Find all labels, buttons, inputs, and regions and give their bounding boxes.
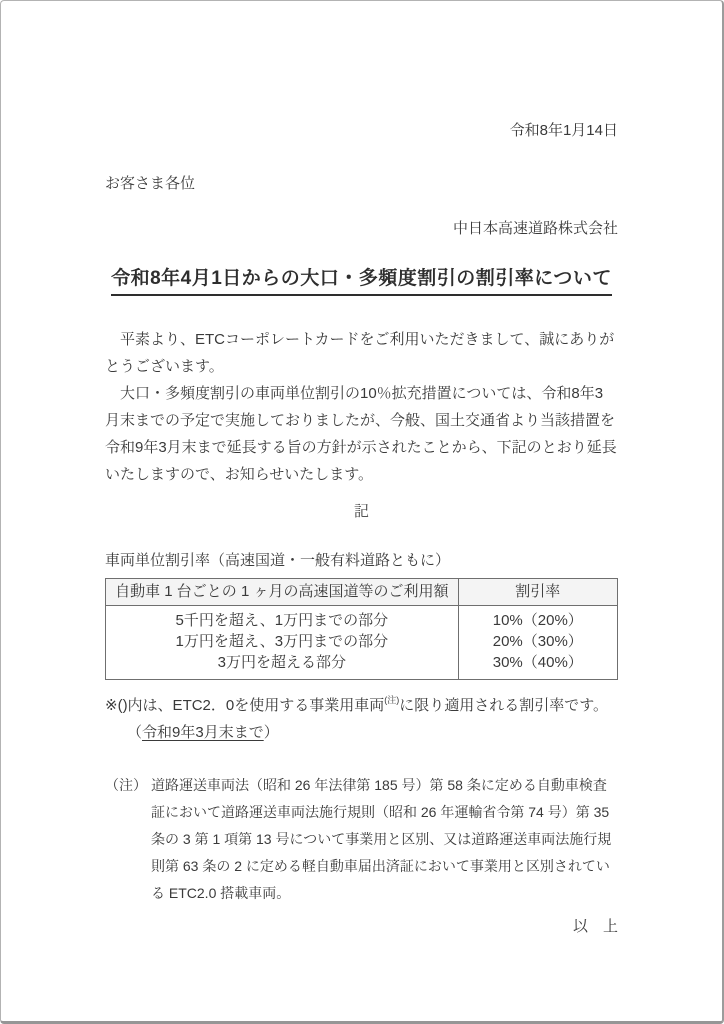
document-page: 令和8年1月14日 お客さま各位 中日本高速道路株式会社 令和8年4月1日からの… xyxy=(0,0,724,1024)
document-date: 令和8年1月14日 xyxy=(105,117,618,144)
table-header-rate: 割引率 xyxy=(459,579,617,606)
paragraph-greeting: 平素より、ETCコーポレートカードをご利用いただきまして、誠にありがとうございま… xyxy=(105,326,618,380)
table-header-row: 自動車 1 台ごとの 1 ヶ月の高速国道等のご利用額 割引率 xyxy=(106,579,617,606)
table-rate-column: 10%（20%） 20%（30%） 30%（40%） xyxy=(459,606,617,679)
table-row-rate-3: 30%（40%） xyxy=(459,652,617,673)
table-row-rate-2: 20%（30%） xyxy=(459,631,617,652)
note-underlined-period: 令和9年3月末まで xyxy=(142,724,264,741)
paragraph-announcement: 大口・多頻度割引の車両単位割引の10％拡充措置については、令和8年3月末までの予… xyxy=(105,380,618,488)
document-title: 令和8年4月1日からの大口・多頻度割引の割引率について xyxy=(111,267,612,296)
note-superscript: (注) xyxy=(384,695,399,705)
asterisk-note: ※()内は、ETC2．0を使用する事業用車両(注)に限り適用される割引率です。（… xyxy=(105,687,618,746)
legal-footnote: （注） 道路運送車両法（昭和 26 年法律第 185 号）第 58 条に定める自… xyxy=(105,772,618,907)
closing-mark: 以 上 xyxy=(105,913,618,940)
table-row-usage-3: 3万円を超える部分 xyxy=(106,652,458,673)
body-paragraphs: 平素より、ETCコーポレートカードをご利用いただきまして、誠にありがとうございま… xyxy=(105,326,618,488)
table-header-usage: 自動車 1 台ごとの 1 ヶ月の高速国道等のご利用額 xyxy=(106,579,459,606)
discount-rate-table: 自動車 1 台ごとの 1 ヶ月の高速国道等のご利用額 割引率 5千円を超え、1万… xyxy=(105,578,618,680)
section-marker-ki: 記 xyxy=(105,498,618,525)
table-row-rate-1: 10%（20%） xyxy=(459,610,617,631)
document-content: 令和8年1月14日 お客さま各位 中日本高速道路株式会社 令和8年4月1日からの… xyxy=(1,1,722,940)
company-name: 中日本高速道路株式会社 xyxy=(105,215,618,242)
table-row-usage-2: 1万円を超え、3万円までの部分 xyxy=(106,631,458,652)
title-row: 令和8年4月1日からの大口・多頻度割引の割引率について xyxy=(105,266,618,296)
note-prefix: ※()内は、ETC2．0を使用する事業用車両 xyxy=(105,697,384,714)
table-caption: 車両単位割引率（高速国道・一般有料道路ともに） xyxy=(105,547,618,574)
recipient-line: お客さま各位 xyxy=(105,170,618,197)
footnote-label: （注） xyxy=(105,772,151,907)
footnote-text: 道路運送車両法（昭和 26 年法律第 185 号）第 58 条に定める自動車検査… xyxy=(151,772,618,907)
table-usage-column: 5千円を超え、1万円までの部分 1万円を超え、3万円までの部分 3万円を超える部… xyxy=(106,606,459,679)
note-suffix: ） xyxy=(264,724,279,741)
table-row-usage-1: 5千円を超え、1万円までの部分 xyxy=(106,610,458,631)
table-body: 5千円を超え、1万円までの部分 1万円を超え、3万円までの部分 3万円を超える部… xyxy=(106,606,617,679)
